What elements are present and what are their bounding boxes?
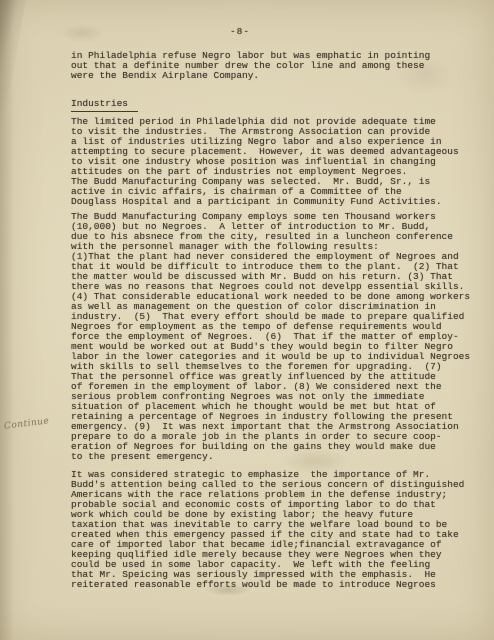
page-corner-crease (0, 0, 26, 150)
paragraph-strategy: It was considered strategic to emphasize… (71, 470, 477, 590)
handwritten-margin-note: Continue (4, 416, 50, 431)
section-heading-text: Industries (71, 98, 138, 112)
page-number: -8- (0, 27, 480, 37)
section-heading-industries: Industries (71, 99, 477, 109)
paragraph-budd-company: The Budd Manufacturing Company employs s… (71, 212, 477, 462)
scanned-document-page: -8- in Philadelphia refuse Negro labor b… (0, 0, 494, 640)
paragraph-intro: in Philadelphia refuse Negro labor but w… (71, 51, 477, 81)
document-body: in Philadelphia refuse Negro labor but w… (71, 51, 477, 590)
left-edge-shadow (0, 0, 14, 640)
paragraph-industries-overview: The limited period in Philadelphia did n… (71, 117, 477, 207)
